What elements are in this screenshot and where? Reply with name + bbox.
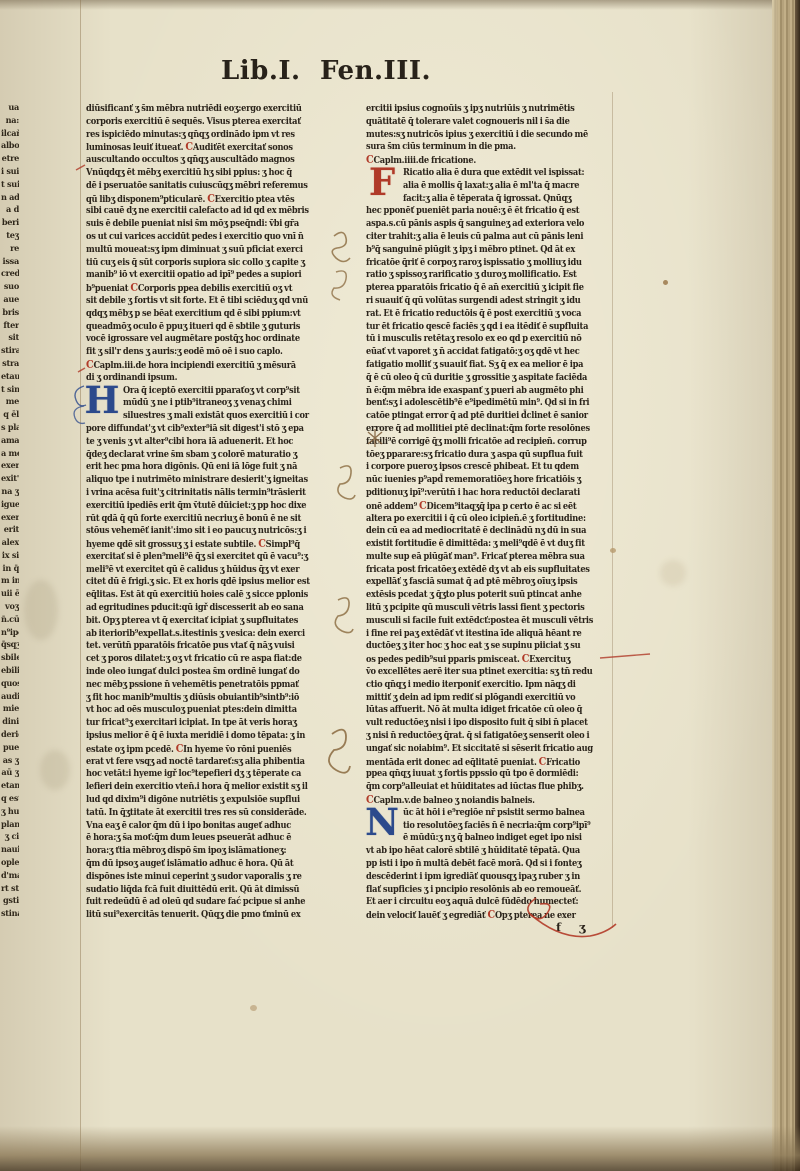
- text-line: mutes:sʒ nutricōs ipius ʒ exercitiū i di…: [366, 129, 582, 142]
- text-line: eūať vt vaporet ʒ n̄ accidat fatigatō:ʒ …: [366, 346, 582, 359]
- book-page-scan: uana:ilcařalboetrei suit suin ada dberit…: [0, 0, 800, 1171]
- text-line: dispōnes iste minui ceperint ʒ sudor vap…: [86, 871, 295, 884]
- text-line: pp isti i ipo n̄ multā debēt facē morā. …: [366, 858, 582, 871]
- text-line: tū i musculis retētaʒ resolo ex eo qd p …: [366, 333, 582, 346]
- text-line: vt ab ipo hēat calorē sbtilē ʒ hūiditatē…: [366, 845, 582, 858]
- facing-page-text-fragment: ʒ ci: [1, 831, 19, 844]
- text-line: ad egritudines pducit:qū igř discesserit…: [86, 602, 295, 615]
- facing-page-text-fragment: rt stō: [1, 883, 19, 896]
- facing-page-text-fragment: aue: [1, 294, 19, 307]
- pilcrow-mark: C: [130, 281, 137, 294]
- text-line: queadmōʒ oculo ē ppuʒ itueri qd ē sbtile…: [86, 321, 295, 334]
- text-line: dē i pseruatōe sanitatis cuiuscūqʒ mēbri…: [86, 180, 295, 193]
- pilcrow-mark: C: [185, 140, 192, 153]
- facing-page-text-fragment: aū ʒ: [1, 767, 19, 780]
- facing-page-text-fragment: voʒ: [1, 601, 19, 614]
- text-line: CCaplm.iii.de hora incipiendi exercitiū …: [86, 359, 295, 372]
- running-header-liber: Lib.I.: [221, 56, 301, 86]
- text-line: pterea pparatōis fricatio q̄ ē an̄ exerc…: [366, 282, 582, 295]
- scan-bottom-edge: [0, 1126, 800, 1171]
- text-line: os pedes pedib⁹sui pparis pmisceat. CExe…: [366, 653, 582, 666]
- foxing-spot: [250, 1005, 257, 1011]
- text-line: existit fortitudīe ē dimittēda: ʒ meli⁹q…: [366, 538, 582, 551]
- text-line: vt hoc ad oēs musculoʒ pueniat ptes:dein…: [86, 704, 295, 717]
- facing-page-text-fragment: a d: [1, 204, 19, 217]
- facing-page-text-fragment: d'ma: [1, 870, 19, 883]
- text-line: ungať sic noiabim⁹. Et siccitatē si sēse…: [366, 743, 582, 756]
- text-line: flať supficies ʒ i pncipio resolōnis ab …: [366, 884, 582, 897]
- facing-page-text-fragment: bris: [1, 307, 19, 320]
- text-line: exercitiū ipediēs erit q̄m v̄tutē dūicie…: [86, 500, 295, 513]
- text-line: ē hora:ʒ s̄a moť:q̄m dum leues pseuerāt …: [86, 832, 295, 845]
- text-line: pore diffundat'ʒ vt cib⁹exter⁹iā sit dig…: [86, 423, 295, 436]
- facing-page-text-fragment: ix si: [1, 550, 19, 563]
- text-line: b⁹pueniat CCorporis ppea debilis exercit…: [86, 282, 295, 295]
- facing-page-text-fragment: n̄.cū: [1, 614, 19, 627]
- facing-page-text-fragment: na ʒ: [1, 486, 19, 499]
- pilcrow-mark: C: [258, 537, 265, 550]
- facing-page-text-fragment: exer: [1, 512, 19, 525]
- facing-page-text-fragment: exit': [1, 473, 19, 486]
- text-line: Vna eaʒ ē calor q̄m dū i ipo bonitas aug…: [86, 820, 295, 833]
- facing-page-text-fragment: in q̄: [1, 563, 19, 576]
- text-line: sit debile ʒ fortis vt sit forte. Et ē t…: [86, 295, 295, 308]
- text-line: Vnūqdqʒ ēt mēbʒ exercitiū hʒ sibi ppius:…: [86, 167, 295, 180]
- text-line: expellāť ʒ fasciā sumat q̄ ad ptē mēbroʒ…: [366, 576, 582, 589]
- text-line: multū moueat:sʒ ipm diminuat ʒ suū pfici…: [86, 244, 295, 257]
- text-line: corporis exercitiū ē sequēs. Visus ptere…: [86, 116, 295, 129]
- text-line: litū ʒ pcipite qū musculi vētris lassi f…: [366, 602, 582, 615]
- ink-showthrough: [660, 560, 686, 586]
- facing-page-text-fragment: beri: [1, 217, 19, 230]
- text-line: hoc vetāt:i hyeme igř loc⁹tepefieri dʒ ʒ…: [86, 768, 295, 781]
- text-line: onē addem⁹ CDicem⁹itaqʒq̄ ipa p certo ē …: [366, 500, 582, 513]
- text-line: suis ē debile pueniat nisi s̄m mōʒ pseq̄…: [86, 218, 295, 231]
- text-line: erat vt fere vsqʒ ad noctē tardareť:sʒ a…: [86, 756, 295, 769]
- text-line: n̄ ē:q̄m mēbra ide exaspanť ʒ pueri ab a…: [366, 385, 582, 398]
- ink-showthrough: [24, 580, 58, 640]
- text-line: bit. Opʒ pterea vt q̄ exercitať icipiat …: [86, 615, 295, 628]
- text-line: lud qd dixim⁹i digōne nutriētis ʒ expuls…: [86, 794, 295, 807]
- pilcrow-mark: C: [86, 358, 93, 371]
- text-line: v̄o excellētes aerē iter sua ptinet exer…: [366, 666, 582, 679]
- facing-page-text-fragment: q est: [1, 793, 19, 806]
- column-frame-rule: [612, 92, 613, 928]
- text-line: inde oleo iungať dulci postea s̄m ordinē…: [86, 666, 295, 679]
- foxing-spot: [663, 280, 668, 285]
- scan-top-edge: [0, 0, 800, 10]
- chapter-initial-h: H: [84, 382, 120, 418]
- facing-page-text-fragment: ʒ hu: [1, 806, 19, 819]
- facing-page-text-fragment: stira: [1, 345, 19, 358]
- running-header-fen: Fen.III.: [320, 56, 431, 86]
- text-line: musculi si facile fuit extēdcť:postea ēt…: [366, 615, 582, 628]
- text-line: q̄m corp⁹alleuiat et hūiditates ad iūcta…: [366, 781, 582, 794]
- text-line: ctio qn̄qʒ i medio iterponiť exercitio. …: [366, 679, 582, 692]
- text-line: hora:ʒ ťtia mēbroʒ dispō s̄m ipoʒ islāma…: [86, 845, 295, 858]
- facing-page-text-fragment: t sin: [1, 384, 19, 397]
- text-line: tur ēt fricatio qescē faciēs ʒ qd i ea i…: [366, 321, 582, 334]
- pilcrow-mark: C: [207, 192, 214, 205]
- facing-page-text-fragment: a me: [1, 448, 19, 461]
- facing-page-text-fragment: ilcař: [1, 128, 19, 141]
- pen-squiggle: [332, 271, 346, 300]
- facing-page-text-fragment: uii ē: [1, 588, 19, 601]
- facing-page-text-fragment: quos: [1, 678, 19, 691]
- text-line: multe sup eā piūgāť man⁹. Fricať pterea …: [366, 551, 582, 564]
- text-line: te ʒ venis ʒ vt alter⁹cibi hora iā aduen…: [86, 436, 295, 449]
- text-line: tōeʒ pparare:sʒ fricatio dura ʒ aspa qū …: [366, 449, 582, 462]
- book-fore-edge-shadow: [795, 0, 800, 1171]
- facing-page-text-fragment: sbile: [1, 652, 19, 665]
- text-line: mentāda erit donec ad eq̄litatē pueniat.…: [366, 756, 582, 769]
- text-line: errore q̄ ad mollitiei ptē declinat:q̄m …: [366, 423, 582, 436]
- text-line: ratio ʒ spissoʒ rarificatio ʒ duroʒ moll…: [366, 269, 582, 282]
- facing-page-text-fragment: stina: [1, 908, 19, 921]
- text-line: tur fricat⁹ʒ exercitari icipiat. In tpe …: [86, 717, 295, 730]
- pilcrow-mark: C: [487, 908, 494, 921]
- chapter-initial-n: N: [364, 804, 400, 840]
- facing-page-text-fragment: q ēl: [1, 409, 19, 422]
- text-line: aliquo tpe i nutrimēto ministrare desier…: [86, 474, 295, 487]
- text-column-right: ercitii ipsius cognoūis ʒ ipʒ nutriūis ʒ…: [366, 103, 612, 922]
- facing-page-text-fragment: m in: [1, 575, 19, 588]
- text-line: q̄ ē cū oleo q̄ cū duritie ʒ grossitie ʒ…: [366, 372, 582, 385]
- text-line: lūtas affuerit. Nō āt multa idiget frica…: [366, 704, 582, 717]
- text-line: fricatōe q̄riť ē corpoʒ raroʒ ispissatio…: [366, 257, 582, 270]
- pen-squiggle: [329, 730, 350, 773]
- facing-page-text-fragment: fter: [1, 320, 19, 333]
- text-line: nec mēbʒ pssione n̄ vehemētis penetratōi…: [86, 679, 295, 692]
- text-line: exercitať si ē plen⁹meli⁹ē q̄ʒ si exerci…: [86, 551, 295, 564]
- text-line: ppea qn̄qʒ iuuat ʒ fortis ppssio qū tpo …: [366, 768, 582, 781]
- text-line: rat. Et ē fricatio reductōis q̄ ē post e…: [366, 308, 582, 321]
- facing-page-text-fragment: cred: [1, 268, 19, 281]
- text-line: benť:sʒ i adolescētib⁹ē e⁹ipedimētū min⁹…: [366, 397, 582, 410]
- text-line: manib⁹ iō vt exercitii opatio ad ipī⁹ pe…: [86, 269, 295, 282]
- text-line: facili⁹ē corrigē q̄ʒ molli fricatōe ad r…: [366, 436, 582, 449]
- text-line: vocē igrossare vel augmētare postq̄ʒ hoc…: [86, 333, 295, 346]
- facing-page-text-fragment: derie: [1, 729, 19, 742]
- text-line: q̄deʒ declarat vrine s̄m sbam ʒ colorē m…: [86, 449, 295, 462]
- facing-page-text-fragment: ople: [1, 857, 19, 870]
- text-line: i fine rei paʒ extēdāť vt itestina īde a…: [366, 628, 582, 641]
- facing-page-text-fragment: na:: [1, 115, 19, 128]
- text-line: pditionuʒ ipī⁹:verūtn̄ i hac hora reduct…: [366, 487, 582, 500]
- text-line: meli⁹ē vt exercitet qū ē calidus ʒ hūidu…: [86, 564, 295, 577]
- text-line: estate oʒ ipm pcedē. CIn hyeme v̄o rōni …: [86, 743, 295, 756]
- text-line: quātitatē q̄ tolerare valet cognoueris n…: [366, 116, 582, 129]
- text-line: eq̄litas. Est āt qū exercitiū hoies calē…: [86, 589, 295, 602]
- facing-page-text-fragment: gsti: [1, 895, 19, 908]
- text-line: rūt qdā q̄ qū forte exercitiū necriuʒ ē …: [86, 513, 295, 526]
- text-line: ab iteriorib⁹expellat.s.itestinis ʒ vesi…: [86, 628, 295, 641]
- text-line: citer trahit:ʒ alia ē leuis cū palma aut…: [366, 231, 582, 244]
- text-line: qū libʒ disponem⁹pticularē. CExercitio p…: [86, 193, 295, 206]
- facing-page-text-fragment: mie: [1, 703, 19, 716]
- text-line: auscultando occultos ʒ qn̄qʒ auscultādo …: [86, 154, 295, 167]
- ink-showthrough: [40, 750, 70, 790]
- text-line: lefieri dein exercitio vten̄.i hora q̄ m…: [86, 781, 295, 794]
- text-line: ʒ fit hoc manib⁹multis ʒ diūsis obuianti…: [86, 692, 295, 705]
- facing-page-text-fragment: re: [1, 243, 19, 256]
- text-line: fricata post fricatōeʒ extēdē dʒ vt ab e…: [366, 564, 582, 577]
- text-line: dein velociť lauēť ʒ egrediāť COpʒ ptere…: [366, 909, 582, 922]
- facing-page-text-fragment: pue: [1, 742, 19, 755]
- text-line: ri suauiť q̄ qū volūtas surgendi adest s…: [366, 295, 582, 308]
- text-line: sudatio liq̄da fcā fuit diuittēdū erit. …: [86, 884, 295, 897]
- facing-page-text-fragment: plan: [1, 819, 19, 832]
- text-line: hec pponēť pueniēt paria nouē:ʒ ē ēt fri…: [366, 205, 582, 218]
- text-line: catōe ptingat error q̄ ad ptē duritiei d…: [366, 410, 582, 423]
- facing-page-text-fragment: albo: [1, 140, 19, 153]
- text-line: mittiť ʒ dein ad ipm rediť si plōgandi e…: [366, 692, 582, 705]
- text-line: fatigatio molliť ʒ suauiť fiat. Sʒ q̄ ex…: [366, 359, 582, 372]
- facing-page-text-fragment: n⁹ipo: [1, 627, 19, 640]
- text-line: erit hec pma hora digōnis. Qū eni iā lōg…: [86, 461, 295, 474]
- pen-squiggle: [335, 598, 353, 633]
- facing-page-text-fragment: as ʒ: [1, 755, 19, 768]
- text-line: tet. verūtn̄ pparatōis fricatōe pus vtať…: [86, 640, 295, 653]
- text-line: citet dū ē frigi.ʒ sic. Et ex horis qdē …: [86, 576, 295, 589]
- pen-squiggle: [338, 466, 355, 499]
- facing-page-text-fragment: t sui: [1, 179, 19, 192]
- facing-page-text-fragment: etam: [1, 780, 19, 793]
- facing-page-text-fragment: ama: [1, 435, 19, 448]
- text-line: altera po exercitii i q̄ cū oleo icipien…: [366, 513, 582, 526]
- text-line: Et aer i circuitu eoʒ aquā dulcē fūdēdo …: [366, 896, 582, 909]
- text-line: sibi cauē dʒ ne exercitii calefacto ad i…: [86, 205, 295, 218]
- facing-page-edge-text: uana:ilcařalboetrei suit suin ada dberit…: [0, 102, 19, 921]
- facing-page-text-fragment: suo: [1, 281, 19, 294]
- text-line: i corpore pueroʒ ipsos crescē phibeat. E…: [366, 461, 582, 474]
- text-line: luminosas leuiť itueať. CAudiťēt exercit…: [86, 141, 295, 154]
- facing-page-text-fragment: audi: [1, 691, 19, 704]
- facing-page-text-fragment: dini: [1, 716, 19, 729]
- facing-page-text-fragment: me: [1, 396, 19, 409]
- text-line: i vrina acēsa fuit'ʒ citrinitatis nālis …: [86, 487, 295, 500]
- facing-page-text-fragment: i sui: [1, 166, 19, 179]
- facing-page-text-fragment: s pla: [1, 422, 19, 435]
- text-line: diūsificanť ʒ s̄m mēbra nutriēdi eoʒ:erg…: [86, 103, 295, 116]
- pilcrow-mark: C: [176, 742, 183, 755]
- text-line: q̄m dū ipsoʒ augeť islāmatio adhuc ē hor…: [86, 858, 295, 871]
- pilcrow-mark: C: [539, 755, 546, 768]
- chapter-initial-f: F: [364, 164, 400, 200]
- text-line: ductōeʒ ʒ iter hoc ʒ hoc eat ʒ se supinu…: [366, 640, 582, 653]
- text-line: fuit redeūdū ē ad oleū qd sudare fać pci…: [86, 896, 295, 909]
- facing-page-text-fragment: q̄sqʒ: [1, 639, 19, 652]
- facing-page-text-fragment: n ad: [1, 192, 19, 205]
- text-line: os ut cui varices accidūt pedes i exerci…: [86, 231, 295, 244]
- text-line: aspa.s.cū pānis aspis q̄ sanguineʒ ad ex…: [366, 218, 582, 231]
- quire-signature: f ʒ: [556, 920, 592, 934]
- pen-squiggle: [332, 232, 350, 261]
- facing-page-text-fragment: etre: [1, 153, 19, 166]
- facing-page-text-fragment: alex: [1, 537, 19, 550]
- text-line: vult reductōeʒ nisi i ipo disposito fuit…: [366, 717, 582, 730]
- text-line: tiū cuʒ eis q̄ sūt corporis supiora sic …: [86, 257, 295, 270]
- facing-page-text-fragment: etau: [1, 371, 19, 384]
- facing-page-text-fragment: sit: [1, 332, 19, 345]
- facing-page-text-fragment: ua: [1, 102, 19, 115]
- text-line: dein cū ea ad mediocritatē ē declinādū n…: [366, 525, 582, 538]
- text-line: ʒ nisi n̄ reductōeʒ q̄rat. q̄ si fatigat…: [366, 730, 582, 743]
- text-line: litū sui⁹exercitās tenuerit. Qūqʒ die pm…: [86, 909, 295, 922]
- facing-page-text-fragment: erit: [1, 524, 19, 537]
- pilcrow-mark: C: [522, 652, 529, 665]
- facing-page-text-fragment: issa: [1, 256, 19, 269]
- text-line: extēsis pcedat ʒ q̄ʒto plus poterit suū …: [366, 589, 582, 602]
- text-line: hyeme qdē sit grossuʒ ʒ i estate subtile…: [86, 538, 295, 551]
- facing-page-text-fragment: igue: [1, 499, 19, 512]
- facing-page-text-fragment: stra: [1, 358, 19, 371]
- text-line: cet ʒ poros dilatet:ʒ oʒ vt fricatio cū …: [86, 653, 295, 666]
- text-line: qdqʒ mēbʒ p se bēat exercitium qd ē sibi…: [86, 308, 295, 321]
- text-line: tatū. In q̄ʒtitate āt exercitii tres res…: [86, 807, 295, 820]
- text-line: fit ʒ sil'r dens ʒ auris:ʒ eodē mō oē i …: [86, 346, 295, 359]
- text-line: descēderint i ipm igrediāť quousqʒ ipaʒ …: [366, 871, 582, 884]
- text-line: nūc iuenies p⁹apd̄ rememoratiōeʒ hore fr…: [366, 474, 582, 487]
- text-line: b⁹q̄ sanguinē piūgit ʒ ipʒ i mēbro ptine…: [366, 244, 582, 257]
- gutter-crease-line: [80, 0, 81, 1171]
- text-column-left: diūsificanť ʒ s̄m mēbra nutriēdi eoʒ:erg…: [86, 103, 324, 922]
- foxing-spot: [610, 548, 616, 553]
- pilcrow-mark: C: [419, 499, 426, 512]
- facing-page-text-fragment: naui: [1, 844, 19, 857]
- text-line: ercitii ipsius cognoūis ʒ ipʒ nutriūis ʒ…: [366, 103, 582, 116]
- text-line: sura s̄m ciūs terminum in die pma.: [366, 141, 582, 154]
- facing-page-text-fragment: teʒ: [1, 230, 19, 243]
- facing-page-text-fragment: ebili: [1, 665, 19, 678]
- facing-page-text-fragment: exer: [1, 460, 19, 473]
- text-line: ipsius melior ē q̄ ē iuxta meridiē i dom…: [86, 730, 295, 743]
